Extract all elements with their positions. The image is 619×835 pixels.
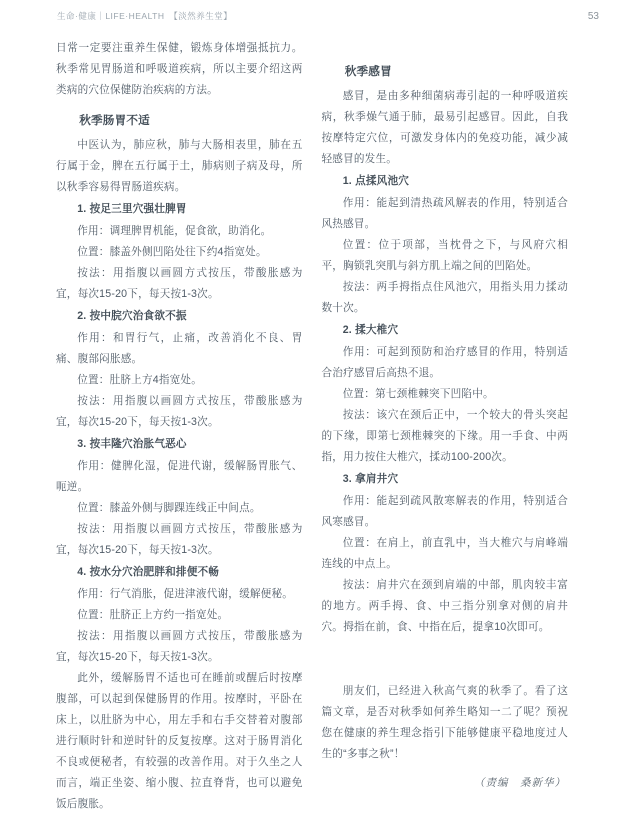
paragraph: 作用：可起到预防和治疗感冒的作用，特别适合治疗感冒后高热不退。	[322, 342, 569, 384]
paragraph: 按法：用指腹以画圆方式按压，带酸胀感为宜，每次15-20下，每天按1-3次。	[56, 263, 303, 305]
section-heading: 秋季肠胃不适	[56, 110, 303, 131]
section-heading: 秋季感冒	[322, 61, 569, 82]
paragraph: 作用：行气消胀，促进津液代谢，缓解便秘。	[56, 584, 303, 605]
numbered-subheading: 2. 按中脘穴治食欲不振	[56, 306, 303, 327]
numbered-subheading: 3. 按丰隆穴治胀气恶心	[56, 434, 303, 455]
paragraph: 此外，缓解肠胃不适也可在睡前或醒后时按摩腹部，可以起到保健肠胃的作用。按摩时，平…	[56, 668, 303, 815]
paragraph: 按法：肩井穴在颈到肩端的中部，肌肉较丰富的地方。两手拇、食、中三指分别拿对侧的肩…	[322, 575, 569, 638]
paragraph: 按法：该穴在颈后正中，一个较大的骨头突起的下缘，即第七颈椎棘突的下缘。用一手食、…	[322, 405, 569, 468]
numbered-subheading: 3. 拿肩井穴	[322, 469, 569, 490]
paragraph: 位置：在肩上，前直乳中，当大椎穴与肩峰端连线的中点上。	[322, 533, 569, 575]
numbered-subheading: 4. 按水分穴治肥胖和排便不畅	[56, 562, 303, 583]
paragraph: 作用：健脾化湿，促进代谢，缓解肠胃胀气、呃逆。	[56, 456, 303, 498]
page-header: 生命·健康｜LIFE·HEALTH 【淡然养生堂】 53	[57, 10, 599, 22]
paragraph: 日常一定要注重养生保健，锻炼身体增强抵抗力。秋季常见胃肠道和呼吸道疾病，所以主要…	[56, 38, 303, 101]
paragraph: 感冒，是由多种细菌病毒引起的一种呼吸道疾病，秋季燥气通于肺，最易引起感冒。因此，…	[322, 86, 569, 170]
journal-title: 生命·健康｜LIFE·HEALTH 【淡然养生堂】	[57, 10, 232, 22]
numbered-subheading: 2. 揉大椎穴	[322, 320, 569, 341]
paragraph: 位置：肚脐正上方约一指宽处。	[56, 605, 303, 626]
magazine-page: 生命·健康｜LIFE·HEALTH 【淡然养生堂】 53 日常一定要注重养生保健…	[0, 0, 619, 835]
paragraph: 作用：和胃行气，止痛，改善消化不良、胃痛、腹部闷胀感。	[56, 328, 303, 370]
numbered-subheading: 1. 点揉风池穴	[322, 171, 569, 192]
paragraph: 朋友们，已经进入秋高气爽的秋季了。看了这篇文章，是否对秋季如何养生略知一二了呢？…	[322, 681, 569, 765]
paragraph: 位置：膝盖外侧凹陷处往下约4指宽处。	[56, 242, 303, 263]
paragraph: 作用：调理脾胃机能，促食欲，助消化。	[56, 221, 303, 242]
page-number: 53	[588, 11, 599, 22]
paragraph: 位置：位于项部，当枕骨之下，与风府穴相平，胸锁乳突肌与斜方肌上端之间的凹陷处。	[322, 235, 569, 277]
article-body: 日常一定要注重养生保健，锻炼身体增强抵抗力。秋季常见胃肠道和呼吸道疾病，所以主要…	[56, 38, 568, 815]
paragraph: 作用：能起到清热疏风解表的作用，特别适合风热感冒。	[322, 193, 569, 235]
paragraph: 按法：用指腹以画圆方式按压，带酸胀感为宜，每次15-20下，每天按1-3次。	[56, 519, 303, 561]
left-column: 日常一定要注重养生保健，锻炼身体增强抵抗力。秋季常见胃肠道和呼吸道疾病，所以主要…	[56, 38, 303, 815]
right-column: 秋季感冒感冒，是由多种细菌病毒引起的一种呼吸道疾病，秋季燥气通于肺，最易引起感冒…	[322, 38, 569, 815]
paragraph: 按法：用指腹以画圆方式按压，带酸胀感为宜，每次15-20下，每天按1-3次。	[56, 626, 303, 668]
paragraph: 作用：能起到疏风散寒解表的作用，特别适合风寒感冒。	[322, 491, 569, 533]
numbered-subheading: 1. 按足三里穴强壮脾胃	[56, 199, 303, 220]
paragraph: 位置：第七颈椎棘突下凹陷中。	[322, 384, 569, 405]
paragraph: 按法：两手拇指点住风池穴，用指头用力揉动数十次。	[322, 277, 569, 319]
editor-byline: （责编 桑新华）	[322, 773, 569, 794]
paragraph: 中医认为，肺应秋，肺与大肠相表里，肺在五行属于金，脾在五行属于土，肺病则子病及母…	[56, 135, 303, 198]
paragraph: 位置：肚脐上方4指宽处。	[56, 370, 303, 391]
paragraph: 位置：膝盖外侧与脚踝连线正中间点。	[56, 498, 303, 519]
paragraph: 按法：用指腹以画圆方式按压，带酸胀感为宜，每次15-20下，每天按1-3次。	[56, 391, 303, 433]
